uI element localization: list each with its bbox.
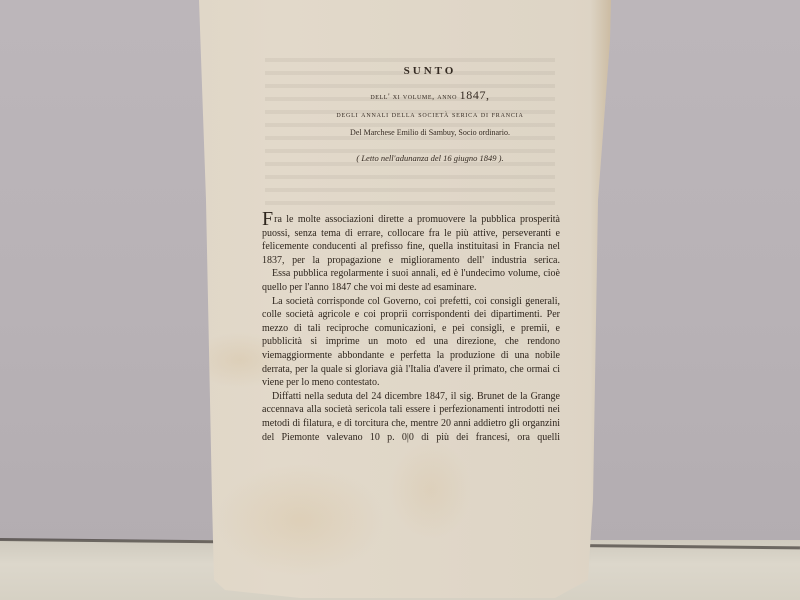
paragraph-1: Fra le molte associazioni dirette a prom… <box>262 213 560 267</box>
paragraph-1-text: ra le molte associazioni dirette a promu… <box>262 214 560 266</box>
paragraph-3: La società corrisponde col Governo, coi … <box>262 295 560 390</box>
author-line: Del Marchese Emilio di Sambuy, Socio ord… <box>270 128 590 137</box>
page-content: SUNTO dell' xi volume, anno 1847, degli … <box>0 0 800 600</box>
paragraph-2: Essa pubblica regolarmente i suoi annali… <box>262 267 560 294</box>
volume-line-text: dell' xi volume, anno <box>370 92 457 101</box>
paragraph-4: Diffatti nella seduta del 24 dicembre 18… <box>262 390 560 444</box>
annals-line: degli annali della società serica di fra… <box>260 110 600 119</box>
body-text: Fra le molte associazioni dirette a prom… <box>262 213 560 444</box>
reading-note: ( Letto nell'adunanza del 16 giugno 1849… <box>270 153 590 163</box>
volume-year: 1847, <box>460 88 490 102</box>
volume-line: dell' xi volume, anno 1847, <box>280 88 580 103</box>
document-title: SUNTO <box>300 65 560 77</box>
